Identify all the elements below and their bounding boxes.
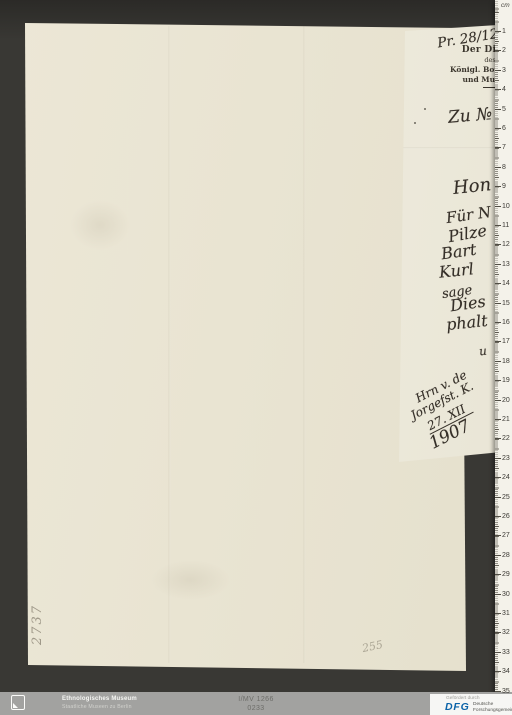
ruler-cm-number: 29 [502, 571, 510, 578]
ruler-cm-number: 21 [502, 416, 510, 423]
ruler-cm-tick [495, 361, 501, 362]
pencil-page-number: 255 [361, 638, 384, 655]
ruler-cm-number: 5 [502, 106, 506, 113]
ruler-cm-number: 18 [502, 358, 510, 365]
ruler-cm-tick [495, 128, 501, 129]
ruler-cm-number: 33 [502, 649, 510, 656]
ruler-cm-tick [495, 419, 501, 420]
ruler-cm-tick [495, 109, 501, 110]
ruler-cm-tick [495, 70, 501, 71]
ruler-cm-tick [495, 380, 501, 381]
footer-bar: Ethnologisches Museum Staatliche Museen … [0, 692, 512, 715]
paper-crease [303, 26, 306, 663]
funding-org-line: Forschungsgemeinschaft [473, 708, 512, 714]
funding-org-name: Deutsche Forschungsgemeinschaft [473, 702, 512, 714]
ruler-cm-number: 15 [502, 300, 510, 307]
ruler-cm-tick [495, 303, 501, 304]
ink-speck [424, 108, 426, 110]
ruler-cm-tick [495, 31, 501, 32]
ink-speck [414, 122, 416, 124]
handwritten-reference-line: Zu № [447, 104, 493, 128]
ruler-cm-tick [495, 225, 501, 226]
ruler-cm-tick [495, 671, 501, 672]
ruler-cm-number: 13 [502, 261, 510, 268]
document-scan-viewer: 2737 255 Pr. 28/12. 7. Der Direkt des Kö… [0, 0, 512, 715]
ruler-cm-tick [495, 458, 501, 459]
ruler-cm-tick [495, 535, 501, 536]
ruler-cm-tick [495, 147, 501, 148]
ruler-cm-tick [495, 574, 501, 575]
handwritten-line: Hon [452, 174, 492, 199]
ruler-cm-tick [495, 167, 501, 168]
ruler-cm-tick [495, 652, 501, 653]
ruler-cm-tick [495, 594, 501, 595]
ruler-cm-tick [495, 477, 501, 478]
paper-stain [70, 200, 130, 250]
ruler-cm-tick [495, 186, 501, 187]
ruler-cm-number: 22 [502, 435, 510, 442]
ruler-cm-number: 2 [502, 47, 506, 54]
ruler-cm-tick [495, 341, 501, 342]
ruler-cm-tick [495, 264, 501, 265]
ruler-cm-number: 11 [502, 222, 509, 229]
ruler-cm-number: 25 [502, 494, 510, 501]
ruler-cm-number: 23 [502, 455, 510, 462]
ruler-cm-tick [495, 438, 501, 439]
handwritten-line: Kurl [438, 259, 474, 282]
handwritten-line: phalt [445, 311, 488, 334]
ruler-cm-number: 14 [502, 280, 510, 287]
ruler-cm-number: 24 [502, 474, 510, 481]
ruler-cm-tick [495, 244, 501, 245]
ruler-cm-number: 8 [502, 164, 506, 171]
ruler-cm-number: 28 [502, 552, 510, 559]
ruler-cm-number: 34 [502, 668, 510, 675]
ruler-cm-number: 16 [502, 319, 510, 326]
ruler-cm-tick [495, 322, 501, 323]
ruler-cm-number: 9 [502, 183, 506, 190]
ruler-cm-number: 26 [502, 513, 510, 520]
ruler-cm-number: 10 [502, 203, 510, 210]
ruler-cm-number: 20 [502, 397, 510, 404]
pencil-inventory-number: 2737 [30, 604, 45, 645]
ruler-cm-number: 17 [502, 338, 510, 345]
ruler-cm-number: 19 [502, 377, 510, 384]
ruler-cm-tick [495, 691, 501, 692]
ruler-cm-tick [495, 283, 501, 284]
ruler-cm-number: 6 [502, 125, 506, 132]
ruler-cm-number: 12 [502, 241, 510, 248]
ruler-cm-number: 3 [502, 67, 506, 74]
ruler-cm-tick [495, 89, 501, 90]
ruler-cm-tick [495, 497, 501, 498]
ruler-cm-tick [495, 555, 501, 556]
ruler-cm-number: 30 [502, 591, 510, 598]
paper-stain [150, 560, 230, 600]
ruler-unit-label: cm [501, 2, 510, 9]
ruler-cm-number: 4 [502, 86, 506, 93]
ruler-cm-tick [495, 516, 501, 517]
ruler-cm-number: 1 [502, 28, 506, 35]
ruler-cm-number: 7 [502, 144, 506, 151]
ruler-cm-number: 27 [502, 532, 510, 539]
ruler-cm-tick [495, 400, 501, 401]
ruler-cm-number: 35 [502, 688, 510, 695]
funding-logo-block: Gefördert durch DFG Deutsche Forschungsg… [430, 694, 512, 715]
ruler-cm-number: 32 [502, 629, 510, 636]
funding-prefix: Gefördert durch [446, 696, 480, 701]
dfg-logo: DFG [445, 701, 470, 713]
ruler-cm-tick [495, 632, 501, 633]
ruler-cm-tick [495, 613, 501, 614]
ruler-cm-tick [495, 50, 501, 51]
measurement-ruler: cm 1234567891011121314151617181920212223… [495, 0, 512, 692]
ruler-cm-number: 31 [502, 610, 510, 617]
ruler-cm-tick [495, 206, 501, 207]
